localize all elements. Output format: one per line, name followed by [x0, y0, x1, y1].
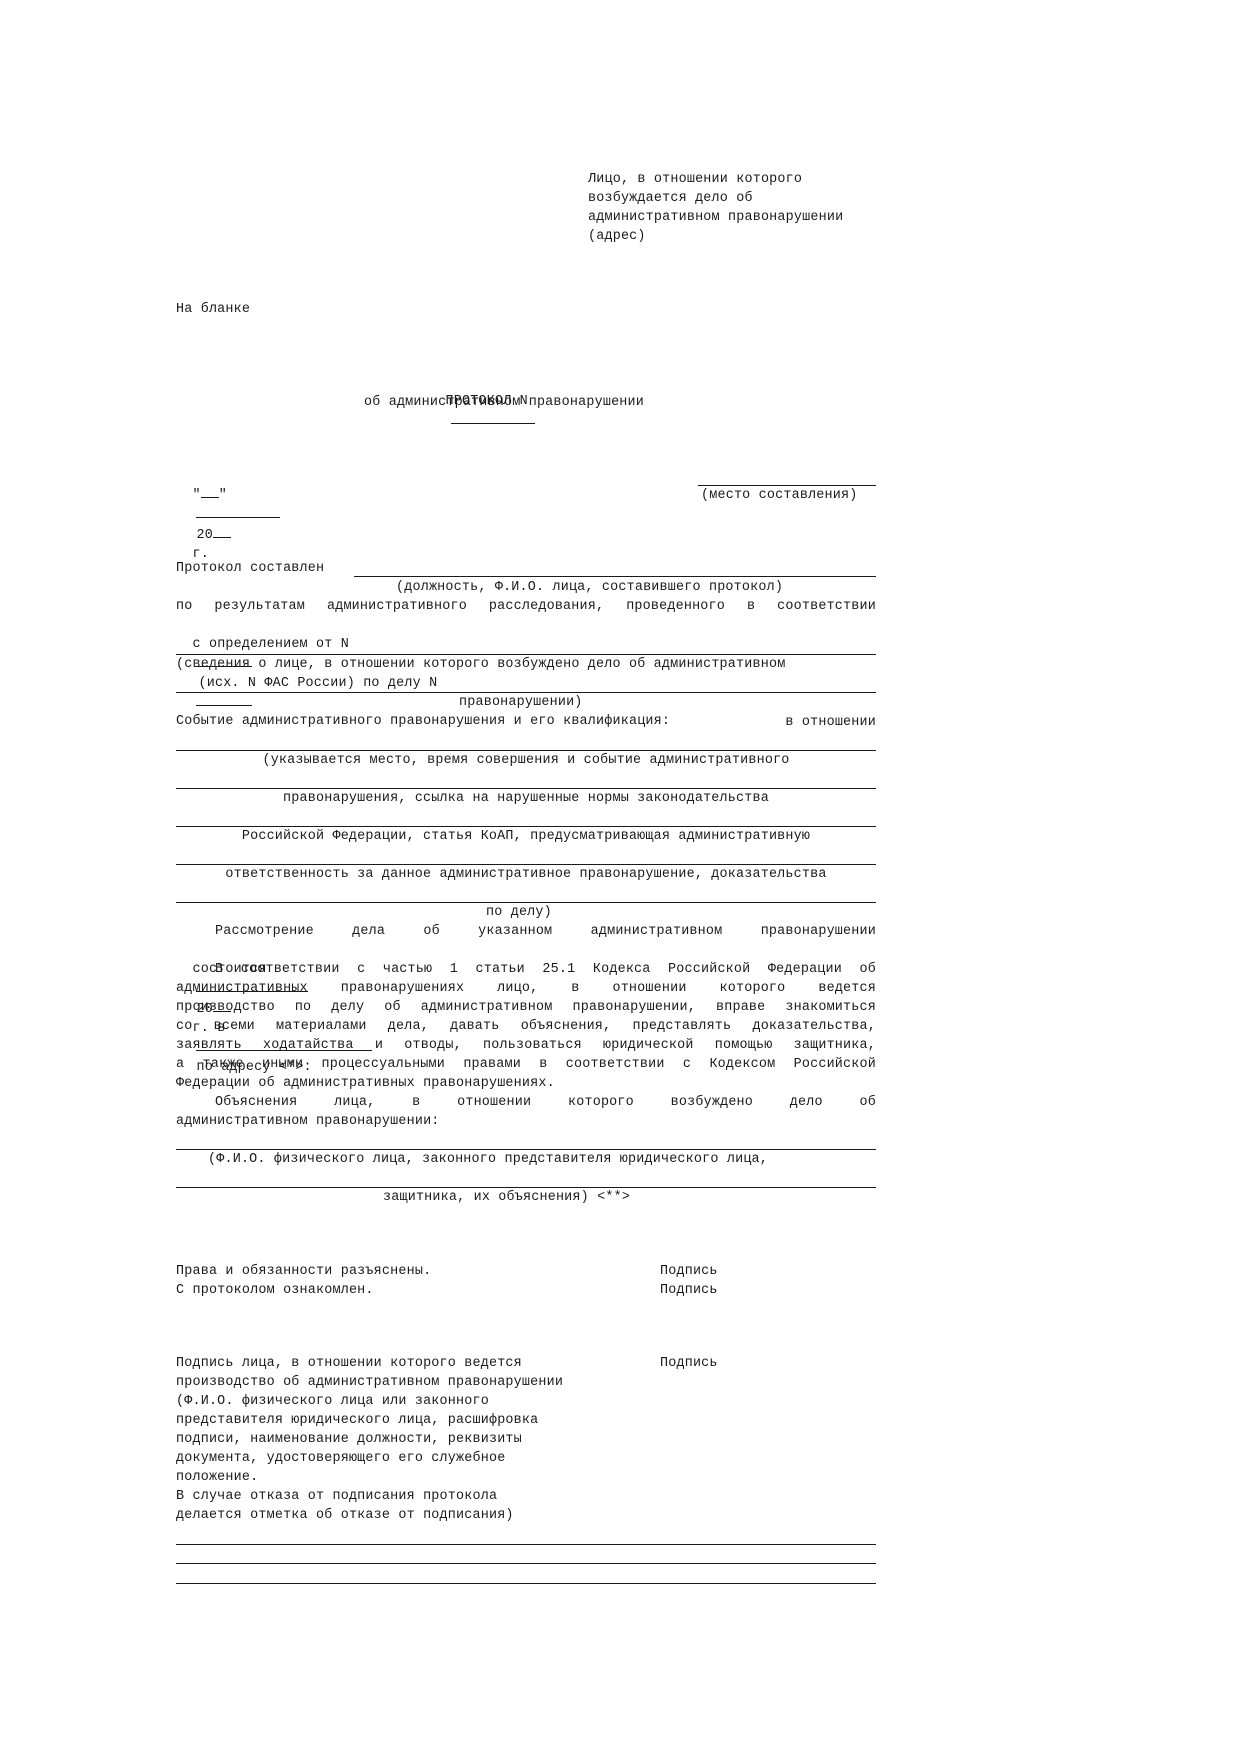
quote-close: " [219, 488, 227, 503]
rights-line: заявлять ходатайства и отводы, пользоват… [176, 1036, 876, 1055]
compiler-field[interactable] [354, 576, 876, 577]
signature-field-1[interactable] [176, 1544, 876, 1545]
determination-label: с определением от N [192, 637, 348, 652]
signature-field-2[interactable] [176, 1563, 876, 1564]
rights-line: административных правонарушениях лицо, в… [176, 979, 876, 998]
rights-line: а также иными процессуальными правами в … [176, 1055, 876, 1074]
rights-explained-signature[interactable]: Подпись [660, 1262, 718, 1281]
person-caption-1: (сведения о лице, в отношении которого в… [176, 655, 785, 674]
explanations-caption-1: (Ф.И.О. физического лица, законного пред… [208, 1150, 768, 1169]
day-field[interactable] [201, 485, 219, 498]
event-caption: Российской Федерации, статья КоАП, преду… [176, 827, 876, 846]
case-number-field[interactable] [196, 693, 252, 706]
protocol-number-field[interactable] [451, 411, 535, 424]
year-field[interactable] [213, 525, 231, 538]
letterhead-note: На бланке [176, 300, 250, 319]
protocol-subtitle: об административном правонарушении [364, 393, 644, 412]
addressee-line: административном правонарушении [588, 208, 843, 227]
signature-note-line: делается отметка об отказе от подписания… [176, 1506, 514, 1525]
addressee-line: Лицо, в отношении которого [588, 170, 802, 189]
person-caption-2: правонарушении) [459, 693, 583, 712]
event-caption: ответственность за данное административн… [176, 865, 876, 884]
rights-explained-text: Права и обязанности разъяснены. [176, 1262, 431, 1281]
quote-open: " [192, 488, 200, 503]
signature-note-line: положение. [176, 1468, 258, 1487]
event-caption: по делу) [486, 903, 552, 922]
hearing-line-1: Рассмотрение дела об указанном администр… [215, 922, 876, 941]
signature-note-line: производство об административном правона… [176, 1373, 563, 1392]
place-caption: (место составления) [701, 486, 857, 505]
explanations-line-2: административном правонарушении: [176, 1112, 440, 1131]
investigation-line: по результатам административного расслед… [176, 597, 876, 616]
addressee-line: (адрес) [588, 227, 646, 246]
protocol-read-text: С протоколом ознакомлен. [176, 1281, 374, 1300]
compiled-by-label: Протокол составлен [176, 559, 324, 578]
signature-note-line: подписи, наименование должности, реквизи… [176, 1430, 522, 1449]
month-field[interactable] [196, 505, 280, 518]
event-caption: (указывается место, время совершения и с… [176, 751, 876, 770]
date-line: "" 20 г. [176, 466, 280, 564]
signature-note-line: документа, удостоверяющего его служебное [176, 1449, 505, 1468]
rights-line: со всеми материалами дела, давать объясн… [176, 1017, 876, 1036]
protocol-read-signature[interactable]: Подпись [660, 1281, 718, 1300]
rights-line: Федерации об административных правонаруш… [176, 1074, 555, 1093]
person-signature[interactable]: Подпись [660, 1354, 718, 1373]
signature-note-line: представителя юридического лица, расшифр… [176, 1411, 538, 1430]
year-prefix: 20 [196, 528, 212, 543]
signature-field-3[interactable] [176, 1583, 876, 1584]
case-number-label: (исх. N ФАС России) по делу N [198, 676, 437, 691]
addressee-line: возбуждается дело об [588, 189, 753, 208]
signature-note-line: (Ф.И.О. физического лица или законного [176, 1392, 489, 1411]
signature-note-line: В случае отказа от подписания протокола [176, 1487, 497, 1506]
explanations-caption-2: защитника, их объяснения) <**> [383, 1188, 630, 1207]
event-caption: правонарушения, ссылка на нарушенные нор… [176, 789, 876, 808]
rights-line: производство по делу об административном… [176, 998, 876, 1017]
rights-line: В соответствии с частью 1 статьи 25.1 Ко… [215, 960, 876, 979]
event-heading: Событие административного правонарушения… [176, 712, 670, 731]
in-respect-label: в отношении [785, 713, 876, 732]
compiler-caption: (должность, Ф.И.О. лица, составившего пр… [396, 578, 783, 597]
signature-note-line: Подпись лица, в отношении которого ведет… [176, 1354, 522, 1373]
explanations-line-1: Объяснения лица, в отношении которого во… [215, 1093, 876, 1112]
